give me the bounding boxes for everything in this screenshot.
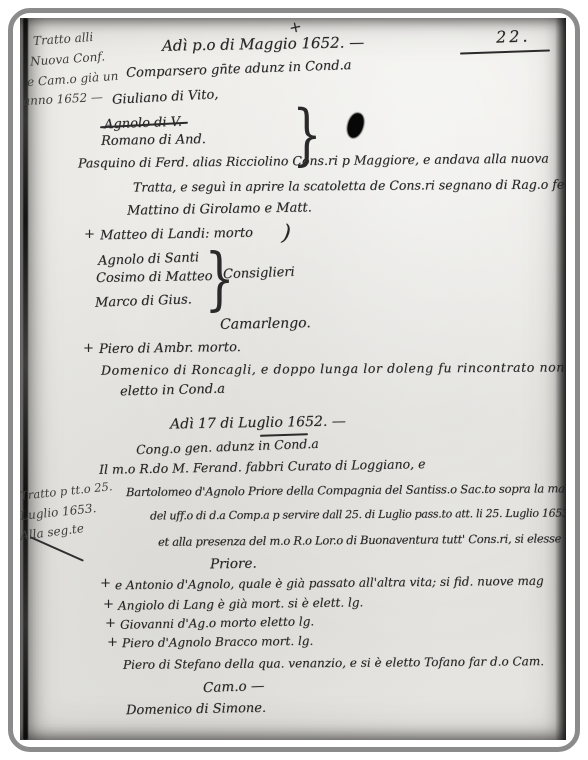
july-body-line2: Bartolomeo d'Agnolo Priore della Compagn…	[126, 481, 566, 499]
councillor-1: Agnolo di Santi	[98, 250, 200, 269]
july-cross-item2: Angiolo di Lang è già mort. si è elett. …	[118, 595, 363, 612]
final-line: Domenico di Simone.	[126, 701, 266, 718]
camarlengo-line: Cam.o —	[203, 678, 265, 696]
may-date-heading: Adì p.o di Maggio 1652. —	[162, 33, 364, 55]
margin-note-july-line1: Tratto p tt.o 25.	[20, 479, 113, 503]
councillors-label: Consiglieri	[223, 265, 295, 282]
margin-note-july-line3: Alla seg.te	[20, 521, 85, 543]
july-body-line3: del uff.o di d.a Comp.a p servire dall 2…	[150, 507, 566, 523]
book-spine-edge	[23, 18, 28, 740]
margin-note-may-line4: anno 1652 —	[23, 90, 104, 108]
may-body-line2: Tratta, e seguì in aprire la scatoletta …	[133, 176, 566, 194]
cross-mark-item4: +	[107, 635, 118, 650]
priore-heading: Priore.	[210, 556, 257, 573]
may-body-line4: Domenico di Roncagli, e doppo lunga lor …	[101, 359, 566, 377]
july-body-line5: Piero di Stefano della qua. venanzio, e …	[123, 654, 544, 672]
councillor-2: Cosimo di Matteo	[96, 269, 213, 286]
july-subheading: Cong.o gen. adunz in Cond.a	[136, 436, 319, 457]
july-body-line4: et alla presenza del m.o R.o Lor.o di Bu…	[158, 531, 566, 549]
margin-flourish-stroke	[30, 536, 84, 561]
margin-note-july-line2: Luglio 1653.	[20, 501, 97, 523]
margin-note-may-line3: e Cam.o già un	[27, 69, 119, 89]
page-right-edge	[555, 18, 566, 740]
folio-number: 22.	[496, 26, 531, 46]
tail-hook-mark: )	[281, 221, 292, 247]
folio-underline-stroke	[460, 49, 550, 54]
name-giuliano: Giuliano di Vito,	[112, 87, 219, 108]
name-romano: Romano di And.	[101, 132, 206, 149]
cross-mark-item1: +	[100, 576, 111, 591]
manuscript-scan-page: + 22. Tratto alli Nuova Conf. e Cam.o gi…	[20, 18, 566, 740]
july-date-heading: Adì 17 di Luglio 1652. —	[170, 413, 346, 432]
may-subheading: Comparsero gn̄te adunz in Cond.a	[126, 58, 352, 81]
july-cross-item3: Giovanni d'Ag.o morto eletto lg.	[120, 614, 314, 631]
ink-blot-icon	[345, 112, 366, 140]
brace-large-icon: }	[292, 102, 321, 168]
councillor-3: Marco di Gius.	[95, 292, 192, 310]
margin-note-may-line2: Nuova Conf.	[30, 49, 106, 68]
cross-mark-item3: +	[105, 616, 116, 631]
july-cross-item1: e Antonio d'Agnolo, quale è già passato …	[115, 574, 544, 592]
cross-mark-piero: +	[83, 341, 94, 356]
camarlengo-heading: Camarlengo.	[220, 315, 311, 333]
margin-note-may-line1: Tratto alli	[33, 30, 94, 48]
may-body-line3: Mattino di Girolamo e Matt.	[127, 200, 312, 218]
deceased-piero-line: Piero di Ambr. morto.	[99, 340, 241, 357]
july-body-line1: Il m.o R.do M. Ferand. fabbri Curato di …	[99, 456, 426, 477]
cross-mark-item2: +	[103, 597, 114, 612]
may-body-line5: eletto in Cond.a	[120, 382, 225, 400]
july-cross-item4: Piero d'Agnolo Bracco mort. lg.	[122, 634, 313, 650]
cross-mark-matteo: +	[84, 227, 95, 242]
